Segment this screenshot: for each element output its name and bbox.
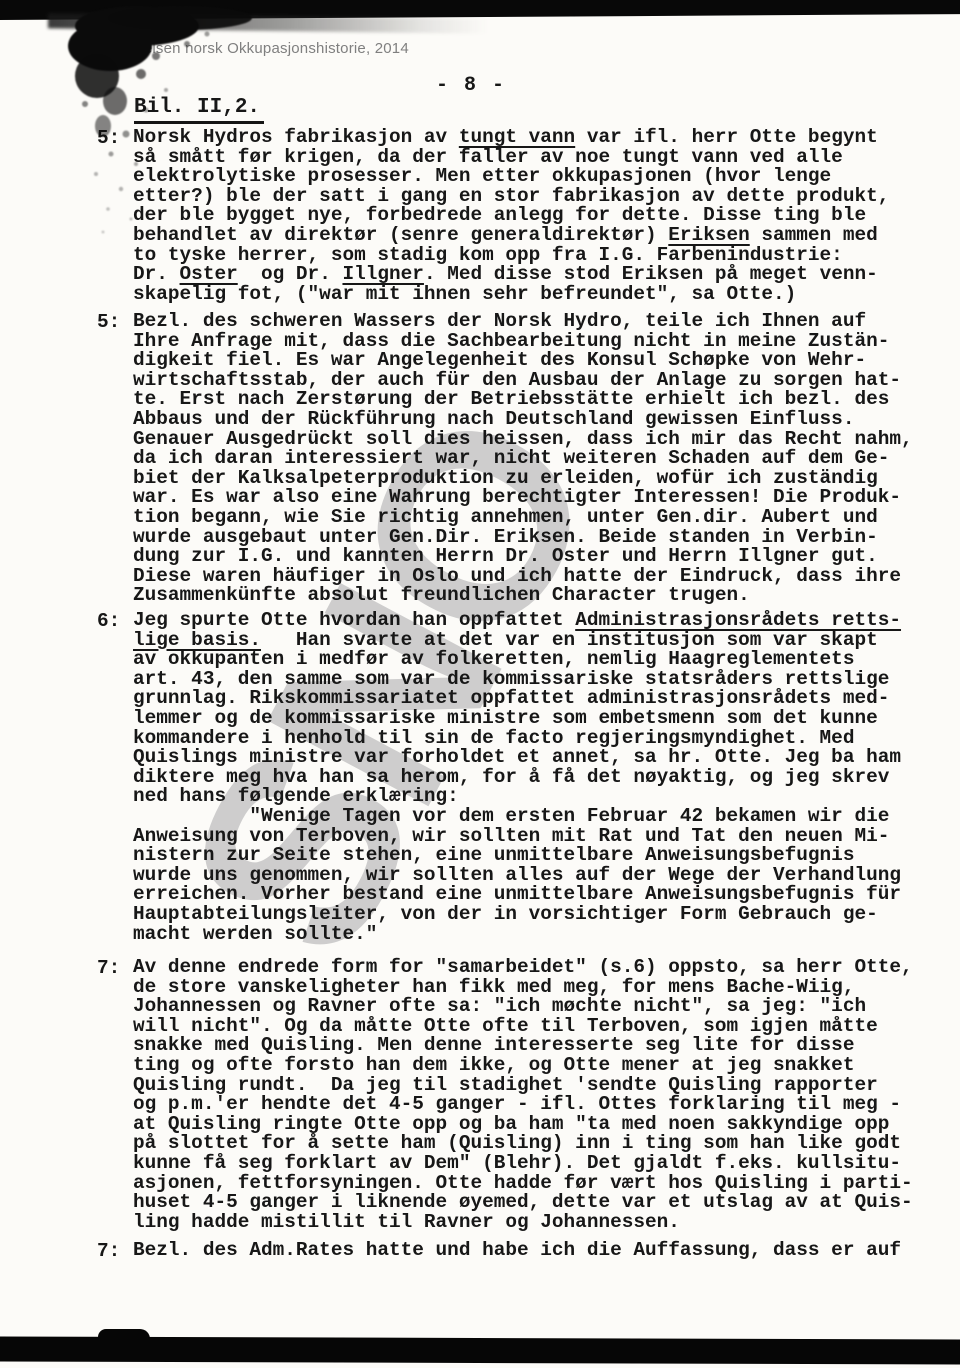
- paragraph-number: 7:: [97, 1242, 120, 1262]
- text-line: Zusammenkünfte absolut freundlichen Char…: [133, 586, 913, 606]
- page-root: Stiftelsen norsk Okkupasjonshistorie, 20…: [0, 0, 960, 1368]
- text-line: ling hadde mistillit til Ravner og Johan…: [133, 1213, 913, 1233]
- paragraph-number: 7:: [97, 959, 120, 979]
- paragraph-number: 6:: [97, 612, 120, 632]
- scan-artifact-bottom-bar: [0, 1336, 960, 1364]
- ink-blot: [55, 4, 355, 254]
- text-line: Bezl. des Adm.Rates hatte und habe ich d…: [133, 1241, 901, 1261]
- paragraph: 6:Jeg spurte Otte hvordan han oppfattet …: [133, 611, 901, 944]
- text-line: skapelig fot, ("war mit ihnen sehr befre…: [133, 285, 889, 305]
- paragraph: 5:Bezl. des schweren Wassers der Norsk H…: [133, 312, 913, 606]
- paragraph: 7:Bezl. des Adm.Rates hatte und habe ich…: [133, 1241, 901, 1261]
- paragraph-number: 5:: [97, 313, 120, 333]
- text-line: macht werden sollte.": [133, 925, 901, 945]
- paragraph: 7:Av denne endrede form for "samarbeidet…: [133, 958, 913, 1232]
